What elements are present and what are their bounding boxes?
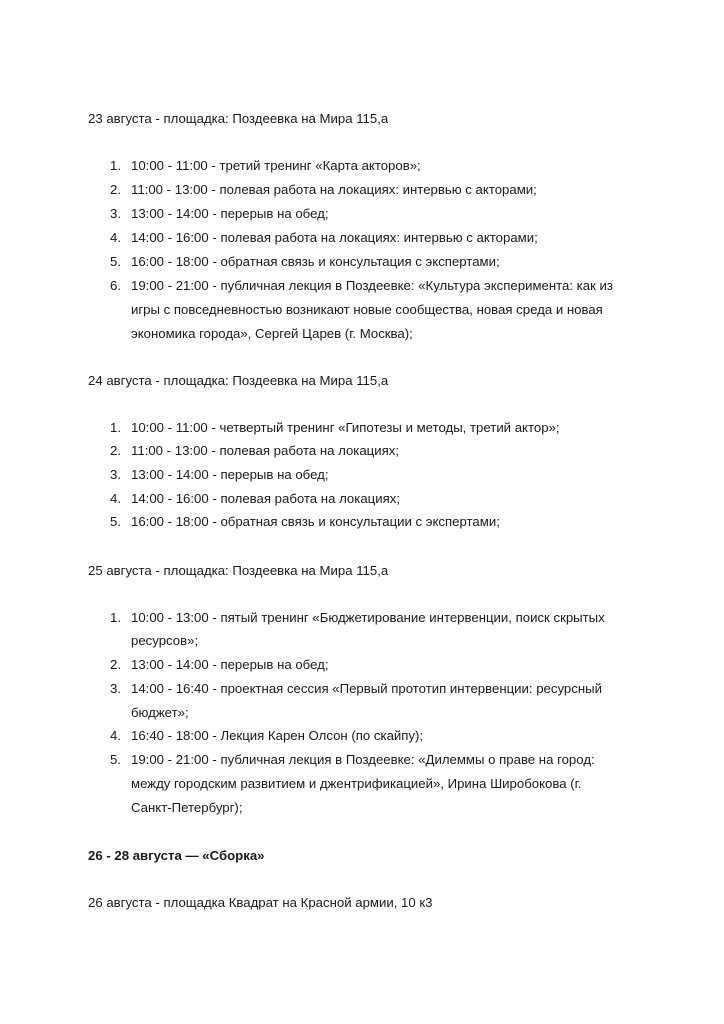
list-number: 3. <box>110 467 121 482</box>
block-title: 26 - 28 августа — «Сборка» <box>88 848 265 863</box>
list-number: 4. <box>110 491 121 506</box>
list-item: 16:40 - 18:00 - Лекция Карен Олсон (по с… <box>131 728 423 743</box>
list-item: 10:00 - 13:00 - пятый тренинг «Бюджетиро… <box>131 610 605 625</box>
list-item: 13:00 - 14:00 - перерыв на обед; <box>131 206 329 221</box>
list-item: 11:00 - 13:00 - полевая работа на локаци… <box>131 182 537 197</box>
list-item: 13:00 - 14:00 - перерыв на обед; <box>131 467 329 482</box>
list-item-continuation: экономика города», Сергей Царев (г. Моск… <box>131 326 413 341</box>
list-number: 4. <box>110 728 121 743</box>
list-number: 5. <box>110 514 121 529</box>
list-item: 10:00 - 11:00 - четвертый тренинг «Гипот… <box>131 420 560 435</box>
list-item: 10:00 - 11:00 - третий тренинг «Карта ак… <box>131 158 421 173</box>
list-item-continuation: между городским развитием и джентрификац… <box>131 776 581 791</box>
list-number: 4. <box>110 230 121 245</box>
list-number: 3. <box>110 681 121 696</box>
list-number: 2. <box>110 182 121 197</box>
list-item: 19:00 - 21:00 - публичная лекция в Позде… <box>131 752 595 767</box>
list-number: 5. <box>110 254 121 269</box>
list-number: 1. <box>110 420 121 435</box>
list-number: 2. <box>110 443 121 458</box>
list-item: 11:00 - 13:00 - полевая работа на локаци… <box>131 443 399 458</box>
list-item-continuation: бюджет»; <box>131 705 189 720</box>
day-heading-25: 25 августа - площадка: Поздеевка на Мира… <box>88 563 388 578</box>
list-item: 14:00 - 16:00 - полевая работа на локаци… <box>131 491 400 506</box>
list-item: 14:00 - 16:00 - полевая работа на локаци… <box>131 230 538 245</box>
list-number: 5. <box>110 752 121 767</box>
list-number: 2. <box>110 657 121 672</box>
day-heading-24: 24 августа - площадка: Поздеевка на Мира… <box>88 373 388 388</box>
list-item: 16:00 - 18:00 - обратная связь и консуль… <box>131 254 500 269</box>
list-item: 13:00 - 14:00 - перерыв на обед; <box>131 657 329 672</box>
list-item: 19:00 - 21:00 - публичная лекция в Позде… <box>131 278 613 293</box>
day-heading-26: 26 августа - площадка Квадрат на Красной… <box>88 895 432 910</box>
list-number: 1. <box>110 158 121 173</box>
list-number: 1. <box>110 610 121 625</box>
list-item-continuation: ресурсов»; <box>131 633 198 648</box>
list-number: 6. <box>110 278 121 293</box>
document-page: 23 августа - площадка: Поздеевка на Мира… <box>0 0 724 1024</box>
list-item: 14:00 - 16:40 - проектная сессия «Первый… <box>131 681 602 696</box>
list-number: 3. <box>110 206 121 221</box>
day-heading-23: 23 августа - площадка: Поздеевка на Мира… <box>88 111 388 126</box>
list-item-continuation: игры с повседневностью возникают новые с… <box>131 302 603 317</box>
list-item: 16:00 - 18:00 - обратная связь и консуль… <box>131 514 500 529</box>
list-item-continuation: Санкт-Петербург); <box>131 800 242 815</box>
